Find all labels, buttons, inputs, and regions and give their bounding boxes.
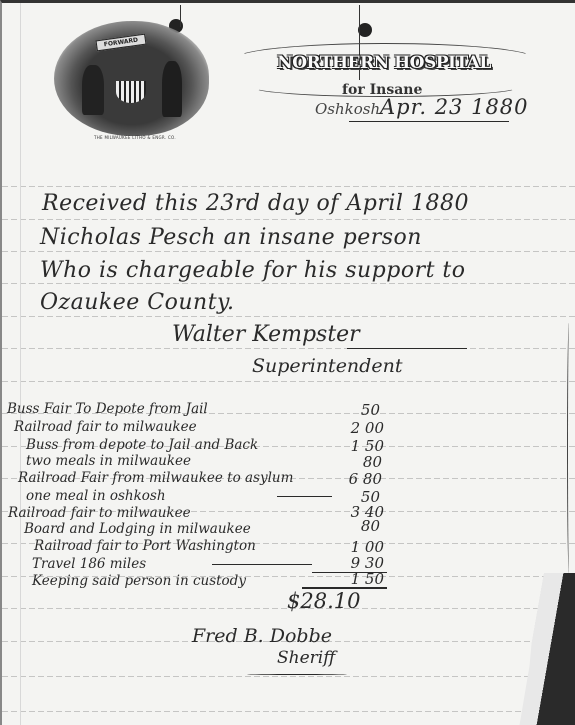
expense-description: Keeping said person in custody — [32, 573, 246, 589]
signature-underline — [347, 348, 467, 349]
receipt-line: Who is chargeable for his support to — [40, 258, 466, 283]
ruled-line — [2, 316, 575, 317]
engraving-banner: FORWARD — [95, 34, 146, 52]
engraving-figure — [162, 61, 182, 117]
receipt-line: Ozaukee County. — [40, 290, 235, 315]
expense-description: two meals in milwaukee — [26, 453, 191, 469]
engraving-caption: THE MILWAUKEE LITHO & ENGR. CO. — [94, 135, 176, 140]
page-edge — [567, 323, 571, 573]
ruled-line — [2, 676, 575, 677]
expense-amount: 80 — [322, 453, 382, 471]
expense-description: Railroad fair to milwaukee — [8, 505, 191, 521]
sheriff-title: Sheriff — [277, 648, 335, 668]
expense-amount: 50 — [320, 401, 380, 419]
ruled-line — [2, 186, 575, 187]
ruled-line — [2, 711, 575, 712]
expense-description: Buss Fair To Depote from Jail — [7, 401, 208, 417]
ruled-line — [2, 251, 575, 252]
engraving-shield — [116, 81, 146, 103]
ruled-line — [2, 283, 575, 284]
receipt-line: Nicholas Pesch an insane person — [40, 225, 422, 250]
date-underline — [349, 121, 509, 122]
letter-place: Oshkosh — [315, 100, 380, 118]
engraving-figure — [82, 65, 104, 115]
expense-amount: 6 80 — [322, 470, 382, 488]
document-page: FORWARD THE MILWAUKEE LITHO & ENGR. CO. … — [0, 0, 575, 725]
expense-description: Railroad fair to Port Washington — [34, 538, 256, 554]
letter-date: Apr. 23 1880 — [380, 95, 529, 119]
superintendent-signature: Walter Kempster — [172, 322, 360, 347]
expense-description: Railroad fair to milwaukee — [14, 419, 197, 435]
margin-line — [20, 3, 21, 725]
sheriff-signature: Fred B. Dobbe — [192, 625, 332, 647]
ruled-line — [2, 219, 575, 220]
expense-amount: 80 — [320, 517, 380, 535]
expense-total: $28.10 — [287, 589, 360, 613]
superintendent-title: Superintendent — [252, 355, 402, 377]
expense-description: one meal in oshkosh — [26, 488, 166, 504]
ruled-line — [2, 381, 575, 382]
expense-description: Buss from depote to Jail and Back — [26, 437, 258, 453]
receipt-line: Received this 23rd day of April 1880 — [42, 191, 469, 216]
institution-title: NORTHERN HOSPITAL — [264, 48, 504, 78]
letterhead-engraving: FORWARD — [54, 21, 209, 136]
expense-amount: 1 50 — [324, 570, 384, 588]
filler-line — [212, 564, 312, 565]
expense-description: Travel 186 miles — [32, 556, 146, 572]
punch-hole — [358, 23, 372, 37]
expense-description: Board and Lodging in milwaukee — [24, 521, 251, 537]
signature-flourish — [247, 674, 347, 675]
torn-corner — [505, 573, 575, 725]
expense-amount: 2 00 — [324, 419, 384, 437]
fold-mark — [180, 5, 181, 27]
ruled-line — [2, 348, 575, 349]
expense-description: Railroad Fair from milwaukee to asylum — [18, 470, 293, 486]
